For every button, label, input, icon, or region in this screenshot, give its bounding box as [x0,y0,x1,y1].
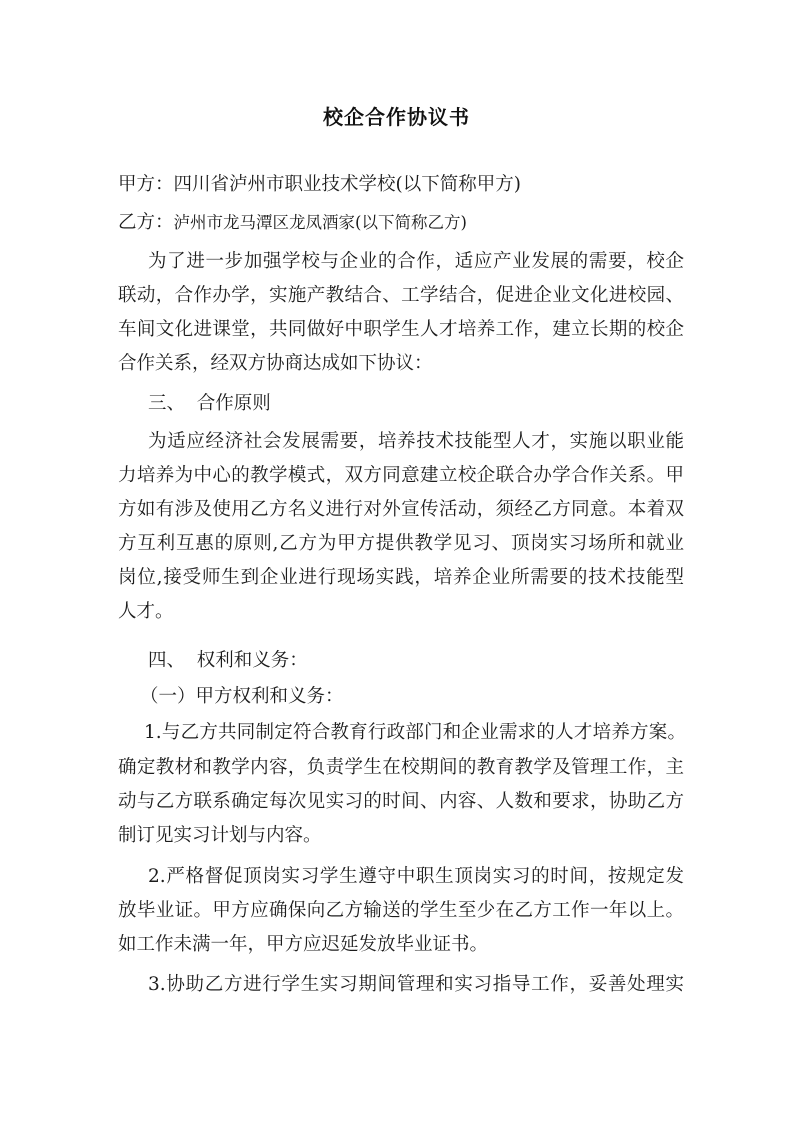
party-a-line: 甲方：四川省泸州市职业技术学校(以下简称甲方) [118,173,521,197]
section-4-subheading: （一）甲方权利和义务： [140,685,344,709]
item-1-line: 确定教材和教学内容，负责学生在校期间的教育教学及管理工作，主 [118,756,684,780]
item-2-line: 放毕业证。甲方应确保向乙方输送的学生至少在乙方工作一年以上。 [118,899,684,923]
item-3-line: 3.协助乙方进行学生实习期间管理和实习指导工作，妥善处理实 [148,973,684,997]
section-3-line: 岗位,接受师生到企业进行现场实践，培养企业所需要的技术技能型 [118,566,684,590]
section-3-line: 为适应经济社会发展需要，培养技术技能型人才，实施以职业能 [148,430,684,454]
item-1-line: 动与乙方联系确定每次见实习的时间、内容、人数和要求，协助乙方 [118,790,684,814]
preamble-line: 为了进一步加强学校与企业的合作，适应产业发展的需要，校企 [148,250,684,274]
item-1-line: 制订见实习计划与内容。 [118,824,322,848]
document-title: 校企合作协议书 [0,101,793,130]
preamble-line: 合作关系，经双方协商达成如下协议： [118,352,433,376]
preamble-line: 联动，合作办学，实施产教结合、工学结合，促进企业文化进校园、 [118,284,684,308]
party-a-label: 甲方： [118,174,174,195]
item-2-line: 2.严格督促顶岗实习学生遵守中职生顶岗实习的时间，按规定发 [148,865,684,889]
preamble-line: 车间文化进课堂，共同做好中职学生人才培养工作，建立长期的校企 [118,318,684,342]
document-page: 校企合作协议书 甲方：四川省泸州市职业技术学校(以下简称甲方) 乙方：泸州市龙马… [0,0,793,1122]
party-b-value: 泸州市龙马潭区龙凤酒家(以下简称乙方) [174,213,467,232]
section-3-line: 方互利互惠的原则,乙方为甲方提供教学见习、顶岗实习场所和就业 [118,532,684,556]
party-a-value: 四川省泸州市职业技术学校(以下简称甲方) [174,174,521,195]
section-4-heading: 四、 权利和义务： [148,649,308,673]
party-b-line: 乙方：泸州市龙马潭区龙凤酒家(以下简称乙方) [118,211,467,235]
item-1-line: 1.与乙方共同制定符合教育行政部门和企业需求的人才培养方案。 [144,721,686,745]
item-2-line: 如工作未满一年，甲方应迟延发放毕业证书。 [118,933,488,957]
section-3-line: 方如有涉及使用乙方名义进行对外宣传活动，须经乙方同意。本着双 [118,498,684,522]
party-b-label: 乙方： [118,212,174,233]
section-3-heading: 三、 合作原则 [148,392,271,416]
section-3-line: 力培养为中心的教学模式，双方同意建立校企联合办学合作关系。甲 [118,464,684,488]
section-3-line: 人才。 [118,600,174,624]
